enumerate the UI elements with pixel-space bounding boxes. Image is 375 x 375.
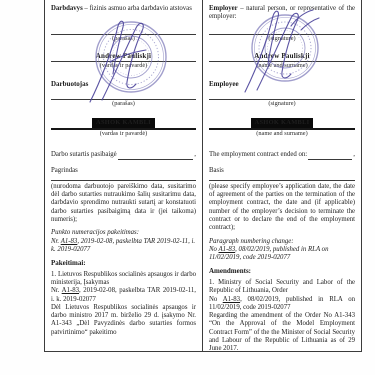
employer-definition-en: Employer – natural person, or representa… — [209, 5, 355, 25]
name-caption-en: (name and surname) — [209, 62, 355, 70]
numbering-change-title-lt: Punkto numeracijos pakeitimas: — [51, 229, 196, 237]
basis-label-en: Basis — [209, 167, 355, 175]
numbering-change-note-lt: Punkto numeracijos pakeitimas: Nr. A1-83… — [51, 229, 196, 254]
basis-label-lt: Pagrindas — [51, 167, 196, 175]
contract-ended-suffix-lt: , — [194, 151, 196, 159]
employer-name-lt: Andrew Pauliskji — [51, 52, 196, 61]
column-lithuanian: Darbdavys – fizinis asmuo arba darbdavio… — [45, 0, 203, 351]
numbering-change-note-en: Paragraph numbering change: No A1-83, 08… — [209, 238, 355, 263]
numbering-change-ref-lt: Nr. A1-83, 2019-02-08, paskelbta TAR 201… — [51, 238, 196, 255]
name2-caption-en: (name and surname) — [209, 130, 355, 138]
numbering-change-title-en: Paragraph numbering change: — [209, 238, 355, 246]
contract-table: Darbdavys – fizinis asmuo arba darbdavio… — [44, 0, 362, 352]
order-number-link[interactable]: A1-83 — [223, 296, 240, 303]
amendments-heading-lt: Pakeitimai: — [51, 259, 196, 268]
contract-document-page: Darbdavys – fizinis asmuo arba darbdavio… — [0, 0, 375, 375]
employee-heading-en: Employee — [209, 80, 355, 89]
signature-caption-lt: (parašas) — [51, 35, 196, 43]
order-number-link[interactable]: A1-83 — [61, 238, 78, 245]
employer-name-block-lt: Andrew Pauliskji (vardas ir pavardė) — [51, 52, 196, 70]
contract-ended-suffix-en: , — [353, 151, 355, 159]
numbering-change-ref-en: No A1-83, 08/02/2019, published in RLA o… — [209, 246, 355, 263]
amendments-text-lt: 1. Lietuvos Respublikos socialinės apsau… — [51, 271, 196, 337]
redacted-name-bar: ASHOK KAMBLI — [92, 118, 155, 128]
name2-caption-lt: (vardas ir pavardė) — [51, 130, 196, 138]
contract-ended-row-en: The employment contract ended on: , — [209, 151, 355, 159]
employer-definition-lt: Darbdavys – fizinis asmuo arba darbdavio… — [51, 5, 196, 25]
signature-caption-en: (signature) — [209, 35, 355, 43]
employee-name-block-en: ASHOK KAMBLI (name and surname) — [209, 118, 355, 137]
signature2-caption-en: (signature) — [209, 100, 355, 108]
signature2-caption-lt: (parašas) — [51, 100, 196, 108]
order-number-link[interactable]: A1-83 — [219, 246, 236, 253]
employer-name-en: Andrew Pauliskji — [209, 52, 355, 61]
contract-ended-label-lt: Darbo sutartis pasibaigė — [51, 151, 117, 159]
basis-blank-line-lt — [51, 180, 196, 181]
contract-ended-row-lt: Darbo sutartis pasibaigė , — [51, 151, 196, 159]
name-caption-lt: (vardas ir pavardė) — [51, 62, 196, 70]
employer-name-block-en: Andrew Pauliskji (name and surname) — [209, 52, 355, 70]
amendments-heading-en: Amendments: — [209, 267, 355, 276]
employer-term-en: Employer — [209, 5, 238, 12]
contract-ended-blank-en — [308, 153, 352, 160]
contract-ended-blank-lt — [118, 153, 194, 160]
order-number-link[interactable]: A1-83 — [62, 287, 79, 294]
redacted-name-bar: ASHOK KAMBLI — [251, 118, 314, 128]
amendments-text-en: 1. Ministry of Social Security and Labor… — [209, 279, 355, 351]
basis-blank-line-en — [209, 180, 355, 181]
column-english: Employer – natural person, or representa… — [203, 0, 361, 351]
basis-explanation-lt: (nurodoma darbuotojo pareiškimo data, su… — [51, 183, 196, 224]
employee-name-block-lt: ASHOK KAMBLI (vardas ir pavardė) — [51, 118, 196, 137]
employer-term-lt: Darbdavys — [51, 5, 83, 12]
employee-heading-lt: Darbuotojas — [51, 80, 196, 89]
basis-explanation-en: (please specify employee’s application d… — [209, 183, 355, 233]
employer-definition-text-lt: – fizinis asmuo arba darbdavio atstovas — [83, 5, 192, 12]
contract-ended-label-en: The employment contract ended on: — [209, 151, 307, 159]
